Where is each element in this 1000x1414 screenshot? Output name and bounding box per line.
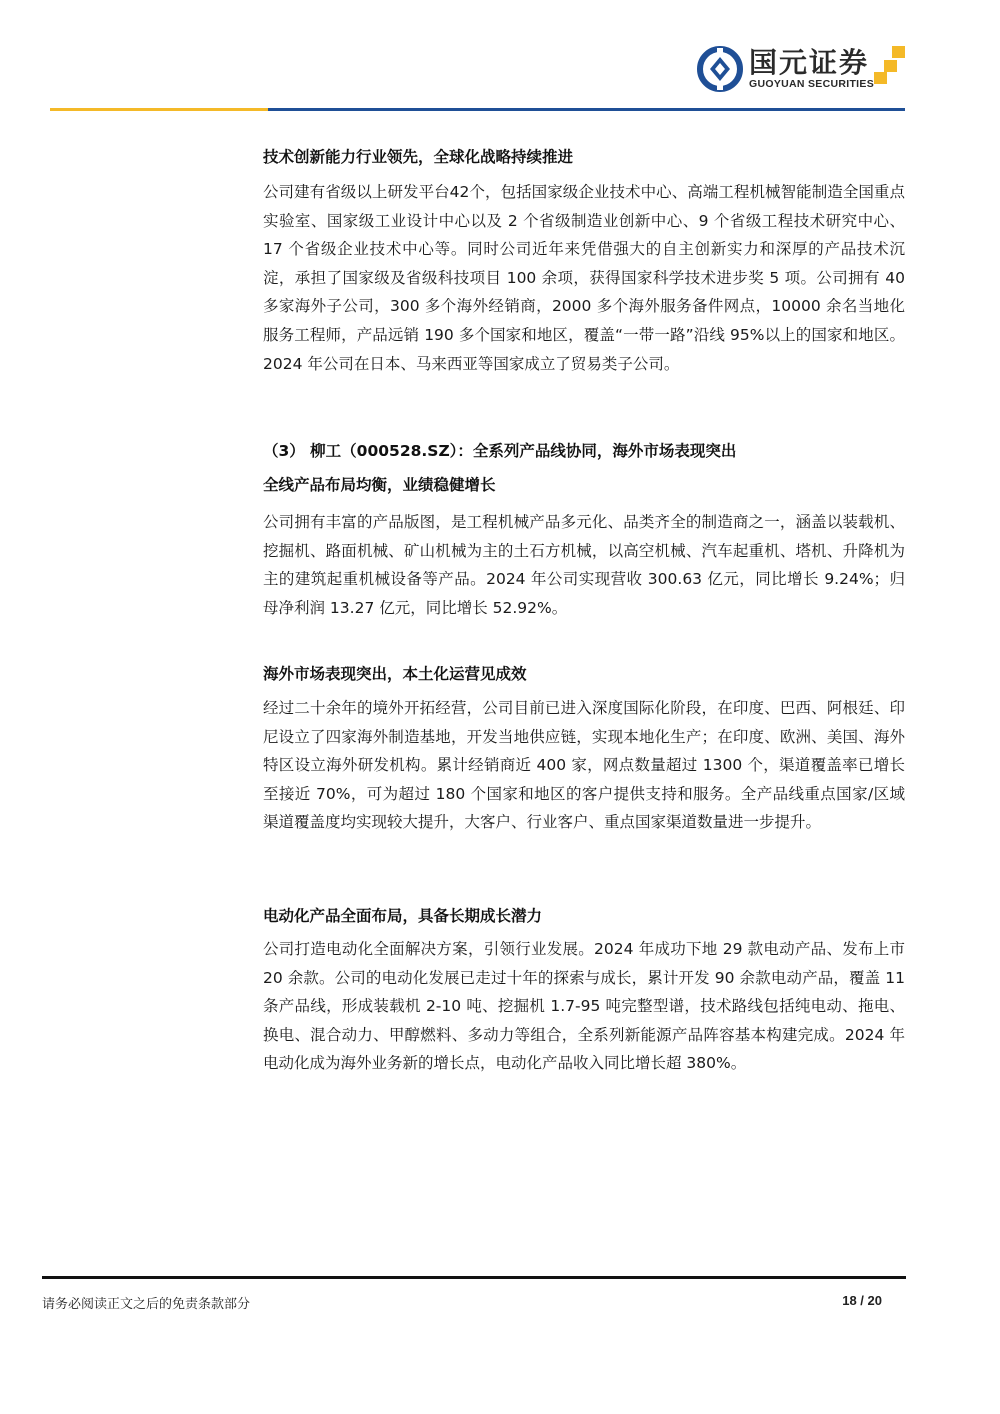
guoyuan-logo-icon [697,46,743,92]
page-number: 18 / 20 [842,1293,882,1308]
section-heading-electrification: 电动化产品全面布局，具备长期成长潜力 [263,905,905,927]
footer-divider [42,1276,906,1279]
header-divider [50,108,905,111]
paragraph-innovation: 公司建有省级以上研发平台42个，包括国家级企业技术中心、高端工程机械智能制造全国… [263,178,905,378]
company-logo: 国元证券 GUOYUAN SECURITIES [697,44,874,94]
section-heading-overseas: 海外市场表现突出，本土化运营见成效 [263,663,905,685]
company-section-title: （3） 柳工（000528.SZ）：全系列产品线协同，海外市场表现突出 [263,440,905,462]
paragraph-product-layout: 公司拥有丰富的产品版图，是工程机械产品多元化、品类齐全的制造商之一，涵盖以装载机… [263,508,905,622]
section-heading-product-layout: 全线产品布局均衡，业绩稳健增长 [263,474,905,496]
section-heading-innovation: 技术创新能力行业领先，全球化战略持续推进 [263,146,905,168]
logo-chinese-name: 国元证券 [749,48,874,78]
paragraph-electrification: 公司打造电动化全面解决方案，引领行业发展。2024 年成功下地 29 款电动产品… [263,935,905,1078]
paragraph-overseas: 经过二十余年的境外开拓经营，公司目前已进入深度国际化阶段，在印度、巴西、阿根廷、… [263,694,905,837]
footer-disclaimer: 请务必阅读正文之后的免责条款部分 [42,1293,250,1312]
gold-squares-icon [872,42,908,88]
logo-english-name: GUOYUAN SECURITIES [749,78,874,91]
